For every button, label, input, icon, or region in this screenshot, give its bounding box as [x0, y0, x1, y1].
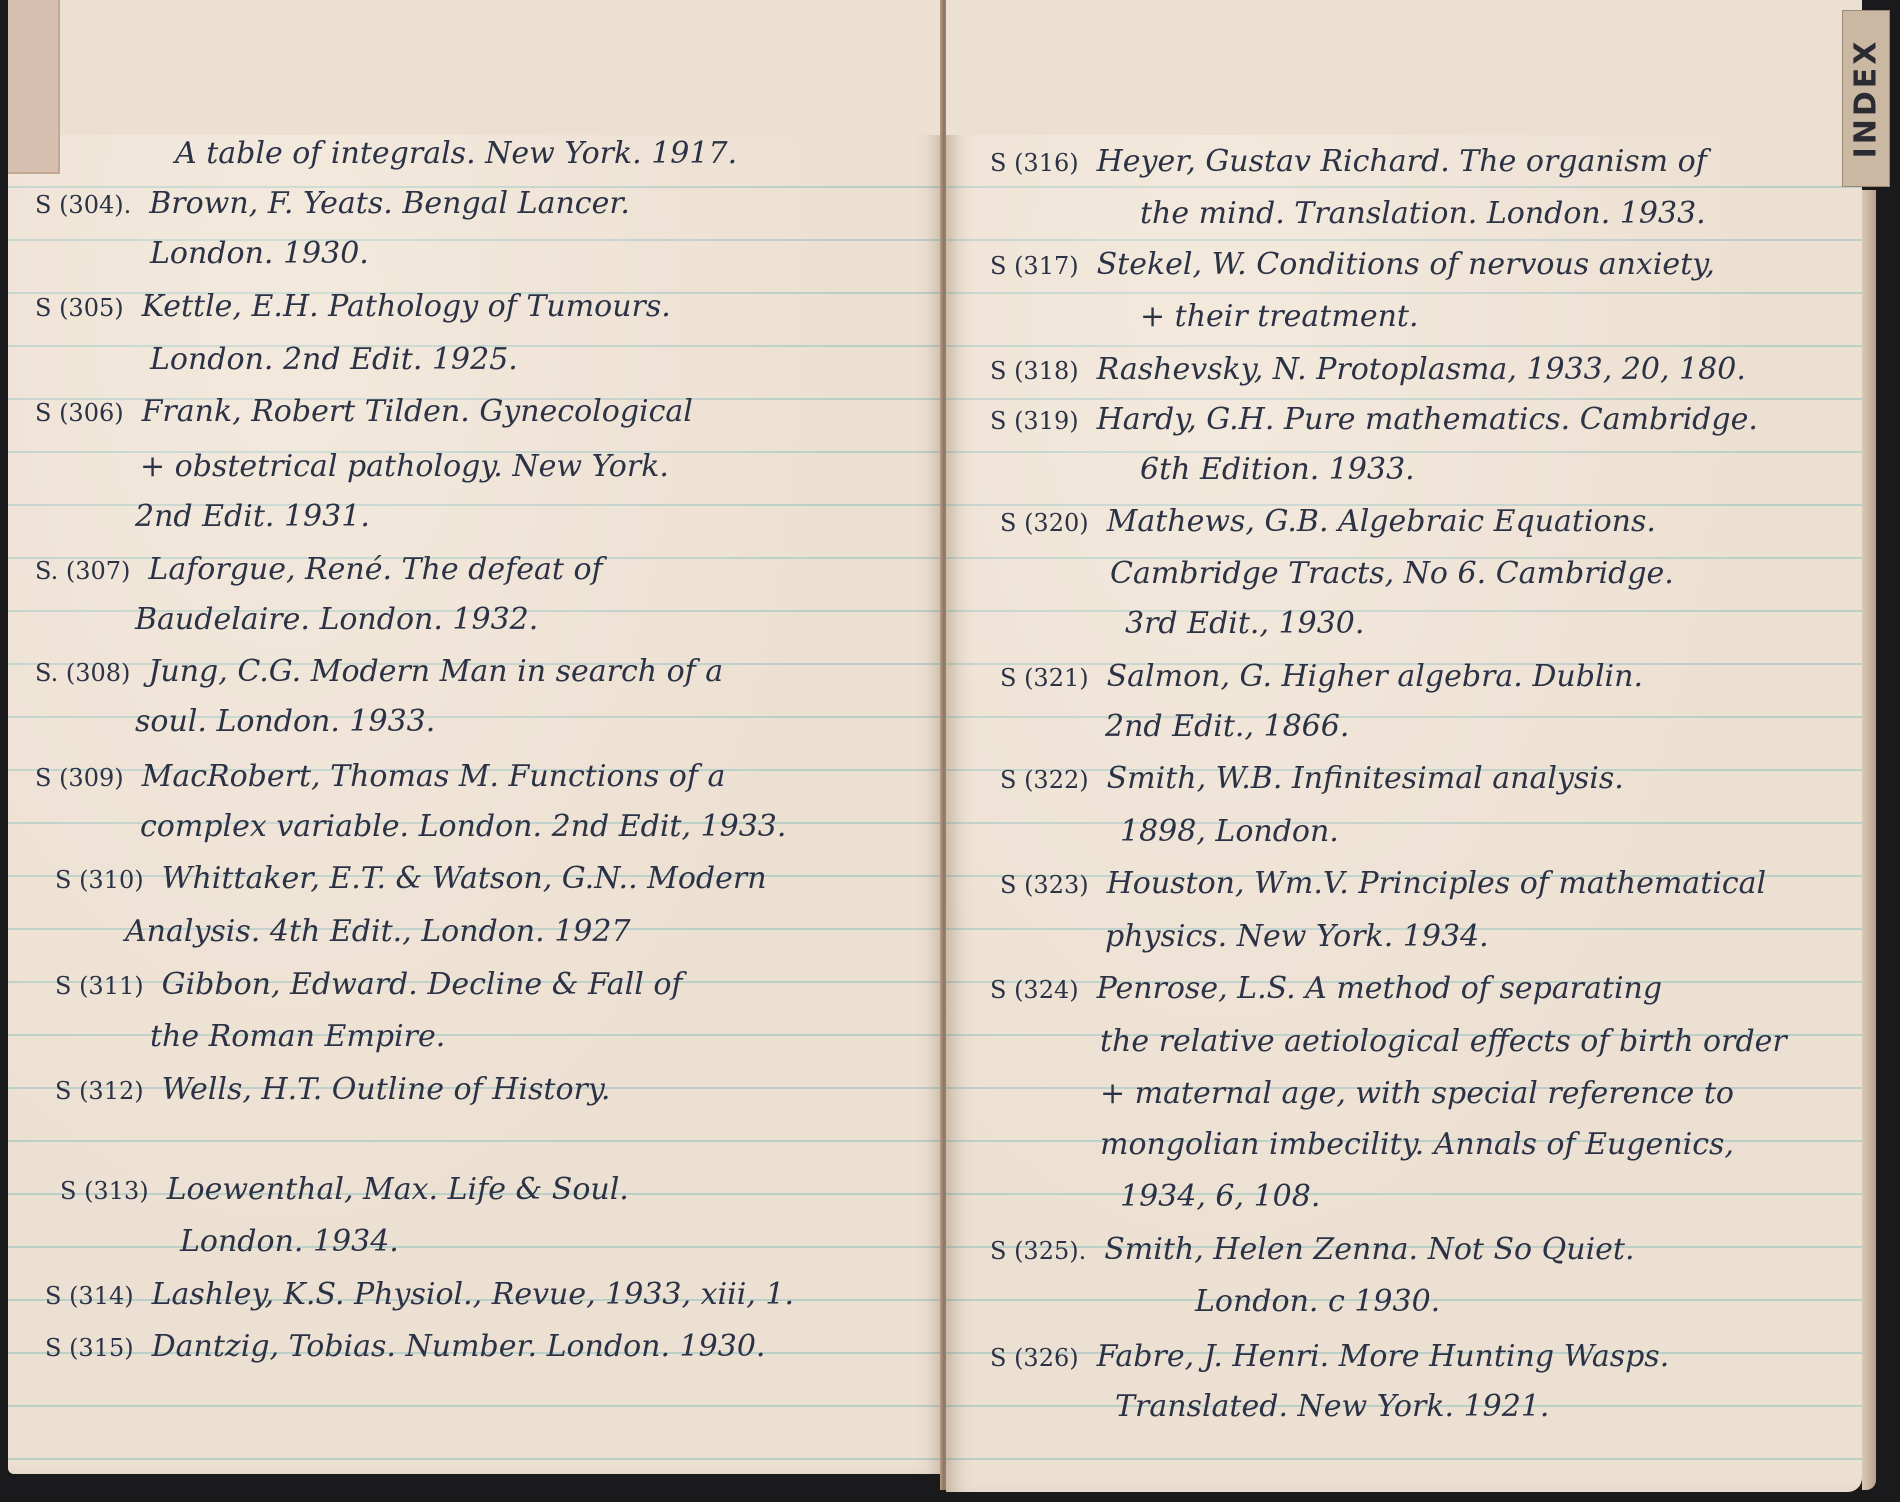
entry-text: Wells, H.T. Outline of History.: [162, 1072, 611, 1107]
entry-text: Frank, Robert Tilden. Gynecological: [142, 394, 693, 429]
catalog-entry-line: S (320)Mathews, G.B. Algebraic Equations…: [1000, 502, 1656, 543]
entry-text: Smith, Helen Zenna. Not So Quiet.: [1104, 1232, 1634, 1267]
entry-text: Hardy, G.H. Pure mathematics. Cambridge.: [1097, 402, 1758, 437]
index-tab[interactable]: INDEX: [1842, 10, 1890, 187]
catalog-entry-line: S (312)Wells, H.T. Outline of History.: [55, 1070, 610, 1111]
entry-text: Translated. New York. 1921.: [1115, 1389, 1549, 1424]
catalog-entry-line: S (317)Stekel, W. Conditions of nervous …: [990, 245, 1715, 286]
entry-text: Houston, Wm.V. Principles of mathematica…: [1107, 866, 1767, 901]
entry-reference-number: S (311): [55, 972, 144, 1000]
page-edge-stack: [1862, 190, 1876, 1490]
catalog-entry-continuation: + obstetrical pathology. New York.: [140, 447, 669, 487]
catalog-entry-line: S (325).Smith, Helen Zenna. Not So Quiet…: [990, 1230, 1635, 1271]
entry-text: Analysis. 4th Edit., London. 1927: [125, 914, 631, 949]
catalog-entry-line: S (324)Penrose, L.S. A method of separat…: [990, 969, 1662, 1010]
entry-text: Penrose, L.S. A method of separating: [1097, 971, 1662, 1006]
entry-text: 3rd Edit., 1930.: [1125, 606, 1364, 641]
entry-text: Fabre, J. Henri. More Hunting Wasps.: [1097, 1339, 1670, 1374]
entry-reference-number: S (321): [1000, 664, 1089, 692]
entry-reference-number: S. (308): [35, 659, 130, 687]
entry-text: 1934, 6, 108.: [1120, 1179, 1320, 1214]
catalog-entry-line: S. (307)Laforgue, René. The defeat of: [35, 550, 603, 591]
entry-text: 1898, London.: [1120, 814, 1339, 849]
entry-reference-number: S (309): [35, 764, 124, 792]
left-page-top-margin: [8, 0, 944, 135]
entry-text: the relative aetiological effects of bir…: [1100, 1024, 1787, 1059]
right-page-top-margin: [946, 0, 1862, 135]
entry-text: + their treatment.: [1140, 299, 1418, 334]
catalog-entry-continuation: Cambridge Tracts, No 6. Cambridge.: [1110, 554, 1674, 594]
entry-text: Salmon, G. Higher algebra. Dublin.: [1107, 659, 1643, 694]
entry-text: Dantzig, Tobias. Number. London. 1930.: [152, 1329, 766, 1364]
left-tab-strip: [8, 0, 60, 174]
entry-text: London. 1934.: [180, 1224, 399, 1259]
catalog-entry-continuation: 1934, 6, 108.: [1120, 1177, 1320, 1217]
entry-reference-number: S (312): [55, 1077, 144, 1105]
entry-text: Lashley, K.S. Physiol., Revue, 1933, xii…: [152, 1277, 794, 1312]
entry-text: A table of integrals. New York. 1917.: [175, 136, 737, 171]
catalog-entry-continuation: Translated. New York. 1921.: [1115, 1387, 1549, 1427]
catalog-entry-continuation: London. 1934.: [180, 1222, 399, 1262]
entry-reference-number: S (313): [60, 1177, 149, 1205]
entry-text: the mind. Translation. London. 1933.: [1140, 196, 1706, 231]
entry-reference-number: S (318): [990, 357, 1079, 385]
entry-text: Rashevsky, N. Protoplasma, 1933, 20, 180…: [1097, 352, 1746, 387]
catalog-entry-continuation: London. c 1930.: [1195, 1282, 1440, 1322]
entry-reference-number: S. (307): [35, 557, 130, 585]
entry-text: London. c 1930.: [1195, 1284, 1440, 1319]
catalog-entry-line: S (318)Rashevsky, N. Protoplasma, 1933, …: [990, 350, 1746, 391]
catalog-entry-continuation: physics. New York. 1934.: [1105, 917, 1489, 957]
entry-text: 2nd Edit., 1866.: [1105, 709, 1349, 744]
entry-text: Cambridge Tracts, No 6. Cambridge.: [1110, 556, 1674, 591]
catalog-entry-line: S (321)Salmon, G. Higher algebra. Dublin…: [1000, 657, 1643, 698]
catalog-entry-line: S (316)Heyer, Gustav Richard. The organi…: [990, 142, 1707, 183]
catalog-entry-continuation: 2nd Edit. 1931.: [135, 497, 370, 537]
entry-reference-number: S (306): [35, 399, 124, 427]
entry-text: complex variable. London. 2nd Edit, 1933…: [140, 809, 786, 844]
entry-reference-number: S (305): [35, 294, 124, 322]
entry-text: physics. New York. 1934.: [1105, 919, 1489, 954]
entry-text: Laforgue, René. The defeat of: [148, 552, 602, 587]
entry-reference-number: S (315): [45, 1334, 134, 1362]
catalog-entry-line: S (322)Smith, W.B. Infinitesimal analysi…: [1000, 759, 1624, 800]
entry-text: London. 2nd Edit. 1925.: [150, 342, 518, 377]
entry-text: Mathews, G.B. Algebraic Equations.: [1107, 504, 1656, 539]
catalog-entry-continuation: London. 1930.: [150, 234, 369, 274]
catalog-entry-line: S (309)MacRobert, Thomas M. Functions of…: [35, 757, 725, 798]
entry-text: Brown, F. Yeats. Bengal Lancer.: [149, 186, 630, 221]
catalog-entry-line: S (306)Frank, Robert Tilden. Gynecologic…: [35, 392, 693, 433]
catalog-entry-line: S (304).Brown, F. Yeats. Bengal Lancer.: [35, 184, 630, 225]
entry-reference-number: S (323): [1000, 871, 1089, 899]
catalog-entry-continuation: 3rd Edit., 1930.: [1125, 604, 1364, 644]
entry-text: the Roman Empire.: [150, 1019, 445, 1054]
catalog-entry-line: S (323)Houston, Wm.V. Principles of math…: [1000, 864, 1766, 905]
catalog-entry-continuation: Baudelaire. London. 1932.: [135, 600, 538, 640]
catalog-entry-continuation: mongolian imbecility. Annals of Eugenics…: [1100, 1125, 1734, 1165]
catalog-entry-line: S (326)Fabre, J. Henri. More Hunting Was…: [990, 1337, 1669, 1378]
catalog-entry-continuation: + maternal age, with special reference t…: [1100, 1074, 1734, 1114]
entry-text: Heyer, Gustav Richard. The organism of: [1097, 144, 1707, 179]
entry-reference-number: S (320): [1000, 509, 1089, 537]
entry-text: Stekel, W. Conditions of nervous anxiety…: [1097, 247, 1715, 282]
catalog-entry-continuation: + their treatment.: [1140, 297, 1418, 337]
catalog-entry-line: S (311)Gibbon, Edward. Decline & Fall of: [55, 965, 683, 1006]
catalog-entry-line: S. (308)Jung, C.G. Modern Man in search …: [35, 652, 723, 693]
entry-text: Kettle, E.H. Pathology of Tumours.: [142, 289, 671, 324]
entry-text: Loewenthal, Max. Life & Soul.: [167, 1172, 629, 1207]
entry-text: MacRobert, Thomas M. Functions of a: [142, 759, 726, 794]
entry-text: Baudelaire. London. 1932.: [135, 602, 538, 637]
entry-reference-number: S (310): [55, 866, 144, 894]
entry-reference-number: S (326): [990, 1344, 1079, 1372]
catalog-entry-continuation: 6th Edition. 1933.: [1140, 450, 1415, 490]
entry-reference-number: S (304).: [35, 191, 131, 219]
entry-text: + maternal age, with special reference t…: [1100, 1076, 1734, 1111]
catalog-entry-continuation: Analysis. 4th Edit., London. 1927: [125, 912, 631, 952]
entry-reference-number: S (322): [1000, 766, 1089, 794]
entry-text: London. 1930.: [150, 236, 369, 271]
entry-reference-number: S (316): [990, 149, 1079, 177]
entry-text: Smith, W.B. Infinitesimal analysis.: [1107, 761, 1624, 796]
entry-text: Gibbon, Edward. Decline & Fall of: [162, 967, 683, 1002]
entry-reference-number: S (319): [990, 407, 1079, 435]
index-tab-label: INDEX: [1849, 39, 1884, 159]
entry-reference-number: S (325).: [990, 1237, 1086, 1265]
catalog-entry-continuation: the Roman Empire.: [150, 1017, 445, 1057]
catalog-entry-line: S (313)Loewenthal, Max. Life & Soul.: [60, 1170, 629, 1211]
catalog-entry-continuation: 1898, London.: [1120, 812, 1339, 852]
entry-text: Jung, C.G. Modern Man in search of a: [148, 654, 723, 689]
catalog-entry-line: S (315)Dantzig, Tobias. Number. London. …: [45, 1327, 765, 1368]
catalog-entry-continuation: A table of integrals. New York. 1917.: [175, 134, 737, 174]
catalog-entry-continuation: 2nd Edit., 1866.: [1105, 707, 1349, 747]
catalog-entry-continuation: the mind. Translation. London. 1933.: [1140, 194, 1706, 234]
catalog-entry-line: S (305)Kettle, E.H. Pathology of Tumours…: [35, 287, 671, 328]
entry-reference-number: S (324): [990, 976, 1079, 1004]
entry-text: 6th Edition. 1933.: [1140, 452, 1415, 487]
entry-reference-number: S (314): [45, 1282, 134, 1310]
catalog-entry-line: S (314)Lashley, K.S. Physiol., Revue, 19…: [45, 1275, 794, 1316]
catalog-entry-continuation: complex variable. London. 2nd Edit, 1933…: [140, 807, 786, 847]
entry-text: + obstetrical pathology. New York.: [140, 449, 669, 484]
entry-text: 2nd Edit. 1931.: [135, 499, 370, 534]
entry-text: soul. London. 1933.: [135, 704, 435, 739]
catalog-entry-continuation: the relative aetiological effects of bir…: [1100, 1022, 1787, 1062]
entry-reference-number: S (317): [990, 252, 1079, 280]
entry-text: mongolian imbecility. Annals of Eugenics…: [1100, 1127, 1734, 1162]
catalog-entry-continuation: soul. London. 1933.: [135, 702, 435, 742]
catalog-entry-line: S (319)Hardy, G.H. Pure mathematics. Cam…: [990, 400, 1758, 441]
catalog-entry-continuation: London. 2nd Edit. 1925.: [150, 340, 518, 380]
catalog-entry-line: S (310)Whittaker, E.T. & Watson, G.N.. M…: [55, 859, 767, 900]
entry-text: Whittaker, E.T. & Watson, G.N.. Modern: [162, 861, 767, 896]
